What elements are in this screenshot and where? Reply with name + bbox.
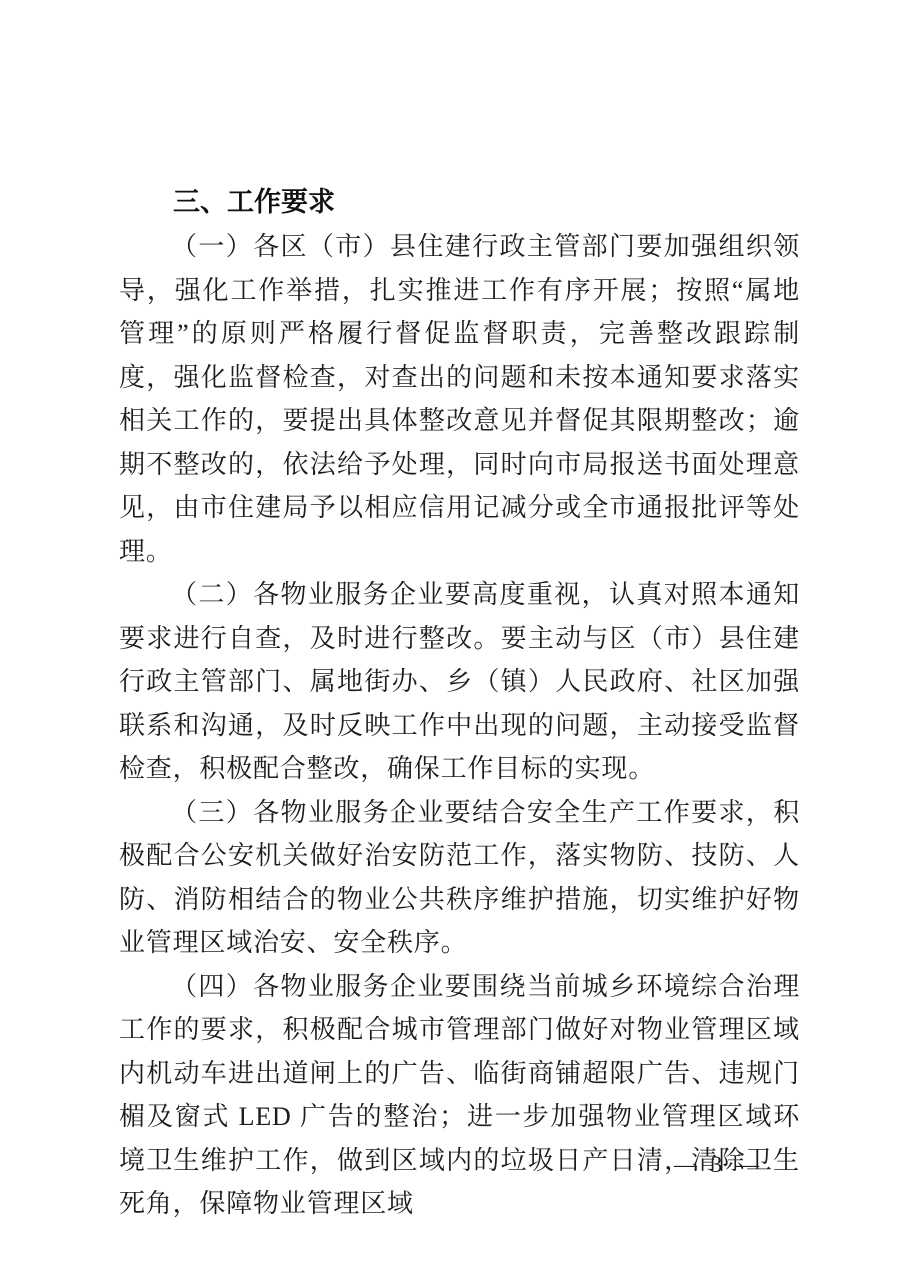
document-body: 三、工作要求 （一）各区（市）县住建行政主管部门要加强组织领导，强化工作举措，扎… (119, 180, 800, 1226)
paragraph-1: （一）各区（市）县住建行政主管部门要加强组织领导，强化工作举措，扎实推进工作有序… (119, 225, 800, 573)
paragraph-2: （二）各物业服务企业要高度重视，认真对照本通知要求进行自查，及时进行整改。要主动… (119, 573, 800, 791)
paragraph-4: （四）各物业服务企业要围绕当前城乡环境综合治理工作的要求，积极配合城市管理部门做… (119, 965, 800, 1226)
paragraph-3: （三）各物业服务企业要结合安全生产工作要求，积极配合公安机关做好治安防范工作，落… (119, 791, 800, 965)
page-number: — 3 — (674, 1152, 763, 1178)
section-heading: 三、工作要求 (119, 180, 800, 225)
document-page: 三、工作要求 （一）各区（市）县住建行政主管部门要加强组织领导，强化工作举措，扎… (0, 0, 900, 1273)
